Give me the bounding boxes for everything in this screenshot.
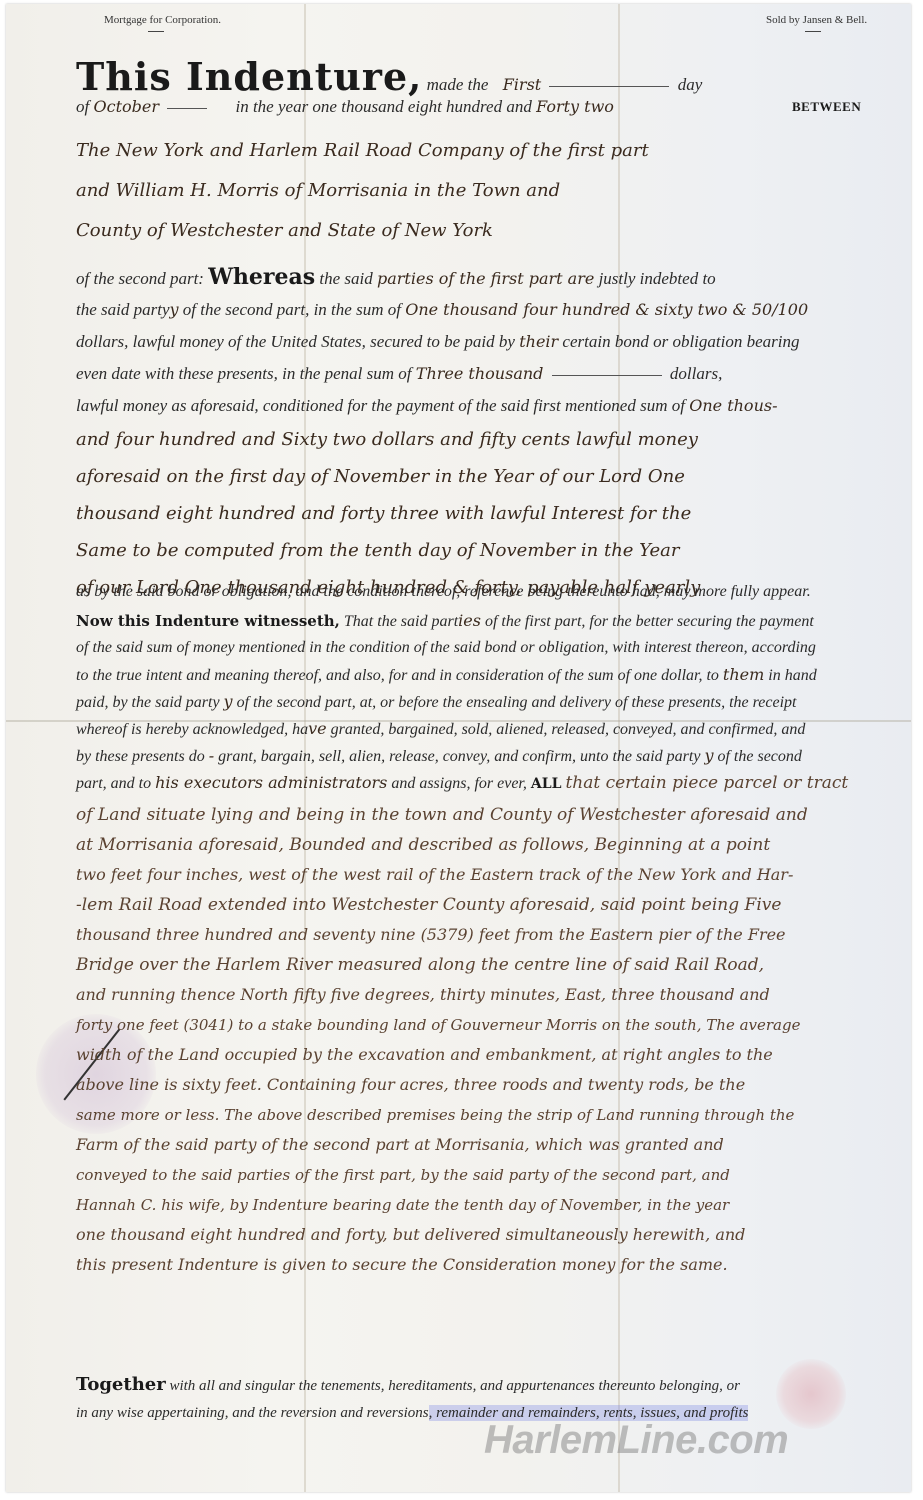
print-text: the said (319, 269, 372, 288)
print-text: paid, by the said party (76, 694, 220, 711)
print-text: grant, bargain, sell, alien, release, co… (218, 748, 700, 765)
description-line: and running thence North fifty five degr… (76, 980, 886, 1010)
handwritten-text: - (209, 746, 214, 765)
print-text: dollars, lawful money of the United Stat… (76, 332, 515, 351)
year-value: Forty two (536, 97, 614, 116)
description-line: Hannah C. his wife, by Indenture bearing… (76, 1190, 886, 1220)
print-text: and assigns, for ever, (391, 775, 527, 792)
description-line: above line is sixty feet. Containing fou… (76, 1070, 886, 1100)
divider (148, 31, 164, 32)
witnesseth-line: by these presents do - grant, bargain, s… (76, 741, 886, 771)
together-line: Together with all and singular the tenem… (76, 1370, 886, 1400)
handwritten-text: them (723, 665, 764, 684)
handwritten-text: parties of the first part are (377, 269, 594, 288)
handwritten-text: One thous- (689, 396, 777, 415)
party-line: County of Westchester and State of New Y… (76, 216, 886, 246)
handwritten-text: ies (458, 611, 481, 630)
year-phrase: in the year one thousand eight hundred a… (235, 97, 531, 116)
description-line: one thousand eight hundred and forty, bu… (76, 1220, 886, 1250)
print-text: by these presents do (76, 748, 205, 765)
date-line: of October in the year one thousand eigh… (76, 92, 886, 122)
handwritten-line: aforesaid on the first day of November i… (76, 462, 886, 492)
print-text: of the second part, in the sum of (183, 300, 401, 319)
whereas-line: lawful money as aforesaid, conditioned f… (76, 391, 886, 421)
description-line: width of the Land occupied by the excava… (76, 1040, 886, 1070)
print-text: justly indebted to (599, 269, 716, 288)
whereas-line: even date with these presents, in the pe… (76, 359, 886, 389)
whereas-line: the said partyy of the second part, in t… (76, 295, 886, 325)
lead-text: of the second part: (76, 269, 204, 288)
witnesseth-line: to the true intent and meaning thereof, … (76, 660, 886, 690)
print-text: in hand (768, 667, 816, 684)
party-line: and William H. Morris of Morrisania in t… (76, 176, 886, 206)
handwritten-text: y (170, 300, 179, 319)
print-text: in any wise appertaining, and the revers… (76, 1405, 429, 1421)
divider (805, 31, 821, 32)
appear-line: as by the said bond or obligation, and t… (76, 577, 886, 607)
description-line: -lem Rail Road extended into Westchester… (76, 890, 886, 920)
print-text: dollars, (670, 364, 722, 383)
whereas-line: of the second part: Whereas the said par… (76, 262, 886, 292)
party-line: The New York and Harlem Rail Road Compan… (76, 136, 886, 166)
whereas-line: dollars, lawful money of the United Stat… (76, 327, 886, 357)
handwritten-line: and four hundred and Sixty two dollars a… (76, 425, 886, 455)
description-line: thousand three hundred and seventy nine … (76, 920, 886, 950)
description-line: of Land situate lying and being in the t… (76, 800, 886, 830)
witnesseth-line: paid, by the said party y of the second … (76, 687, 886, 717)
description-line: conveyed to the said parties of the firs… (76, 1160, 886, 1190)
print-text: even date with these presents, in the pe… (76, 364, 412, 383)
watermark: HarlemLine.com (484, 1418, 788, 1463)
between-label: BETWEEN (792, 92, 861, 122)
all-keyword: ALL (531, 776, 562, 792)
print-text: part, and to (76, 775, 151, 792)
of-text: of (76, 97, 89, 116)
handwritten-text: his executors administrators (155, 773, 387, 792)
print-text: the said party (76, 300, 170, 319)
description-line: two feet four inches, west of the west r… (76, 860, 886, 890)
description-line: Farm of the said party of the second par… (76, 1130, 886, 1160)
print-text: of the second (717, 748, 801, 765)
witnesseth-line: of the said sum of money mentioned in th… (76, 633, 886, 663)
handwritten-text: that certain piece parcel or tract (565, 773, 848, 793)
print-text: lawful money as aforesaid, conditioned f… (76, 396, 685, 415)
handwritten-text: their (519, 332, 558, 351)
handwritten-text: y (224, 692, 233, 711)
handwritten-line: Same to be computed from the tenth day o… (76, 536, 886, 566)
witnesseth-line: whereof is hereby acknowledged, have gra… (76, 714, 886, 744)
print-text: certain bond or obligation bearing (562, 332, 799, 351)
print-text: That the said part (344, 613, 458, 630)
witnesseth-keyword: Now this Indenture witnesseth, (76, 612, 340, 630)
witnesseth-line: Now this Indenture witnesseth, That the … (76, 606, 886, 636)
together-keyword: Together (76, 1374, 166, 1395)
handwritten-text: y (704, 746, 713, 765)
month-value: October (93, 97, 159, 116)
handwritten-text: ve (308, 719, 327, 738)
form-type-label: Mortgage for Corporation. (104, 14, 221, 26)
print-text: whereof is hereby acknowledged, ha (76, 721, 308, 738)
description-line: this present Indenture is given to secur… (76, 1250, 886, 1280)
witnesseth-line: part, and to his executors administrator… (76, 768, 886, 798)
publisher-label: Sold by Jansen & Bell. (766, 14, 867, 26)
print-text: with all and singular the tenements, her… (169, 1378, 740, 1394)
description-line: at Morrisania aforesaid, Bounded and des… (76, 830, 886, 860)
print-text: of the second part, at, or before the en… (237, 694, 797, 711)
description-line: same more or less. The above described p… (76, 1100, 886, 1130)
description-line: Bridge over the Harlem River measured al… (76, 950, 886, 980)
description-line: forty one feet (3041) to a stake boundin… (76, 1010, 886, 1040)
handwritten-line: thousand eight hundred and forty three w… (76, 499, 886, 529)
print-text: granted, bargained, sold, aliened, relea… (331, 721, 806, 738)
print-text: of the first part, for the better securi… (485, 613, 814, 630)
penal-sum-value: Three thousand (416, 364, 544, 383)
print-text: to the true intent and meaning thereof, … (76, 667, 719, 684)
whereas-keyword: Whereas (208, 264, 315, 290)
sum-value: One thousand four hundred & sixty two & … (405, 300, 808, 319)
